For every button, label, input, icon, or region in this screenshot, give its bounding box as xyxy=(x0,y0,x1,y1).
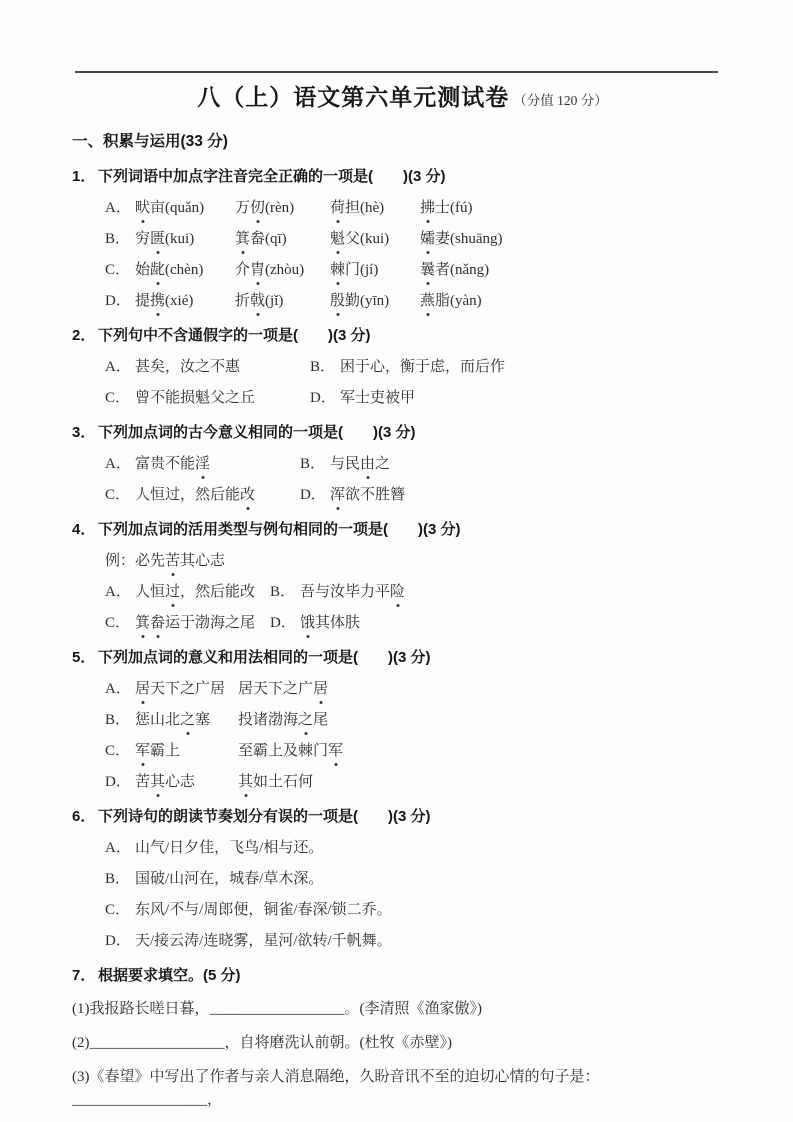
title-row: 八（上）语文第六单元测试卷（分值 120 分） xyxy=(72,82,733,116)
option-item: 人恒过，然后能改 xyxy=(135,484,300,506)
option-item: 棘门(jí) xyxy=(330,259,420,281)
emphasized-char: 拂 xyxy=(420,197,435,219)
emphasized-char: 过 xyxy=(165,581,180,603)
option-row-c: C． 始龀(chèn) 介胄(zhòu) 棘门(jí) 曩者(nǎng) xyxy=(72,259,733,281)
option-label: D． xyxy=(310,387,340,409)
option-row: A． 甚矣，汝之不惠 B． 困于心，衡于虑，而后作 xyxy=(72,356,733,378)
question-text: 下列加点词的活用类型与例句相同的一项是( )(3 分) xyxy=(98,519,461,541)
option-row-b: B． 惩山北之塞 投诸渤海之尾 xyxy=(72,709,733,731)
option-label: A． xyxy=(105,453,135,475)
option-label: A． xyxy=(105,678,135,700)
option-item: 曾不能损魁父之丘 xyxy=(135,387,310,409)
option-item: 甚矣，汝之不惠 xyxy=(135,356,310,378)
emphasized-char: 戟 xyxy=(250,290,265,312)
emphasized-char: 之 xyxy=(180,709,195,731)
option-label: D． xyxy=(300,484,330,506)
option-item: 拂士(fú) xyxy=(420,197,733,219)
option-phrase: 其如土石何 xyxy=(238,771,313,793)
question-stem: 5． 下列加点词的意义和用法相同的一项是( )(3 分) xyxy=(72,647,733,669)
title-score-note: （分值 120 分） xyxy=(513,93,608,108)
option-item: 畎亩(quǎn) xyxy=(135,197,235,219)
option-item: 吾与汝毕力平险 xyxy=(300,581,405,603)
option-label: D． xyxy=(270,612,300,634)
section-heading: 一、积累与运用(33 分) xyxy=(72,131,733,153)
emphasized-char: 魁 xyxy=(330,228,345,250)
option-item: 人恒过，然后能改 xyxy=(135,581,270,603)
test-paper-page: 八（上）语文第六单元测试卷（分值 120 分） 一、积累与运用(33 分) 1．… xyxy=(0,0,793,1122)
question-stem: 2． 下列句中不含通假字的一项是( )(3 分) xyxy=(72,325,733,347)
option-item: 荷担(hè) xyxy=(330,197,420,219)
option-item: 困于心，衡于虑，而后作 xyxy=(340,356,505,378)
question-7: 7． 根据要求填空。(5 分) (1)我报路长嗟日暮，_____________… xyxy=(72,965,733,1112)
option-label: D． xyxy=(105,930,135,952)
option-label: B． xyxy=(270,581,300,603)
option-row-c: C． 东风/不与/周郎便，铜雀/春深/锁二乔。 xyxy=(72,899,733,921)
option-item: 东风/不与/周郎便，铜雀/春深/锁二乔。 xyxy=(135,899,733,921)
emphasized-char: 仞 xyxy=(250,197,265,219)
option-item: 折戟(jǐ) xyxy=(235,290,330,312)
question-stem: 6． 下列诗句的朗读节奏划分有误的一项是( )(3 分) xyxy=(72,806,733,828)
question-4: 4． 下列加点词的活用类型与例句相同的一项是( )(3 分) 例：必先苦其心志 … xyxy=(72,519,733,634)
question-stem: 3． 下列加点词的古今意义相同的一项是( )(3 分) xyxy=(72,422,733,444)
question-stem: 7． 根据要求填空。(5 分) xyxy=(72,965,733,987)
option-item: 箕畚(qī) xyxy=(235,228,330,250)
question-stem: 1． 下列词语中加点字注音完全正确的一项是( )(3 分) xyxy=(72,166,733,188)
emphasized-char: 淫 xyxy=(195,453,210,475)
header-rule xyxy=(75,71,718,73)
option-item: 与民由之 xyxy=(330,453,390,475)
fill-blank-line-1: (1)我报路长嗟日暮，__________________。(李清照《渔家傲》) xyxy=(72,998,733,1021)
option-row-d: D． 天/接云涛/连晓雾，星河/欲转/千帆舞。 xyxy=(72,930,733,952)
option-label: B． xyxy=(105,228,135,250)
option-label: A． xyxy=(105,197,135,219)
option-phrase: 军霸上 xyxy=(135,740,238,762)
option-row-a: A． 山气/日夕佳，飞鸟/相与还。 xyxy=(72,837,733,859)
option-row-a: A． 畎亩(quǎn) 万仞(rèn) 荷担(hè) 拂士(fú) xyxy=(72,197,733,219)
emphasized-char: 浑 xyxy=(330,484,345,506)
emphasized-char: 由 xyxy=(360,453,375,475)
option-item: 国破/山河在，城春/草木深。 xyxy=(135,868,733,890)
option-label: B． xyxy=(105,868,135,890)
emphasized-char: 箕 xyxy=(135,612,150,634)
emphasized-char: 居 xyxy=(313,678,328,700)
emphasized-char: 箕 xyxy=(235,228,250,250)
emphasized-char: 饿 xyxy=(300,612,315,634)
question-1: 1． 下列词语中加点字注音完全正确的一项是( )(3 分) A． 畎亩(quǎn… xyxy=(72,166,733,312)
option-item: 浑欲不胜簪 xyxy=(330,484,405,506)
question-6: 6． 下列诗句的朗读节奏划分有误的一项是( )(3 分) A． 山气/日夕佳，飞… xyxy=(72,806,733,952)
emphasized-char: 畚 xyxy=(150,612,165,634)
option-item: 始龀(chèn) xyxy=(135,259,235,281)
option-item: 提携(xié) xyxy=(135,290,235,312)
example-sentence: 例：必先苦其心志 xyxy=(72,550,733,572)
option-item: 军士吏被甲 xyxy=(340,387,415,409)
emphasized-char: 军 xyxy=(328,740,343,762)
emphasized-char: 之 xyxy=(298,709,313,731)
option-phrase: 苦其心志 xyxy=(135,771,238,793)
option-label: B． xyxy=(105,709,135,731)
question-number: 2． xyxy=(72,325,98,347)
fill-blank-line-3: (3)《春望》中写出了作者与亲人消息隔绝，久盼音讯不至的迫切心情的句子是：___… xyxy=(72,1066,733,1112)
option-item: 万仞(rèn) xyxy=(235,197,330,219)
question-text: 下列句中不含通假字的一项是( )(3 分) xyxy=(98,325,371,347)
emphasized-char: 军 xyxy=(135,740,150,762)
option-label: A． xyxy=(105,581,135,603)
question-number: 7． xyxy=(72,965,98,987)
fill-blank-line-2: (2)__________________，自将磨洗认前朝。(杜牧《赤壁》) xyxy=(72,1032,733,1055)
option-label: D． xyxy=(105,771,135,793)
option-item: 介胄(zhòu) xyxy=(235,259,330,281)
question-number: 1． xyxy=(72,166,98,188)
paper-content: 八（上）语文第六单元测试卷（分值 120 分） 一、积累与运用(33 分) 1．… xyxy=(0,0,793,1112)
option-item: 天/接云涛/连晓雾，星河/欲转/千帆舞。 xyxy=(135,930,733,952)
option-label: A． xyxy=(105,837,135,859)
option-row: C． 曾不能损魁父之丘 D． 军士吏被甲 xyxy=(72,387,733,409)
option-item: 燕脂(yàn) xyxy=(420,290,733,312)
emphasized-char: 居 xyxy=(135,678,150,700)
emphasized-char: 燕 xyxy=(420,290,435,312)
option-row-a: A． 居天下之广居 居天下之广居 xyxy=(72,678,733,700)
emphasized-char: 匮 xyxy=(150,228,165,250)
option-item: 富贵不能淫 xyxy=(135,453,300,475)
option-label: B． xyxy=(310,356,340,378)
emphasized-char: 荷 xyxy=(330,197,345,219)
option-phrase: 居天下之广居 xyxy=(238,678,328,700)
emphasized-char: 胄 xyxy=(250,259,265,281)
emphasized-char: 携 xyxy=(150,290,165,312)
emphasized-char: 苦 xyxy=(165,550,180,572)
question-text: 下列加点词的古今意义相同的一项是( )(3 分) xyxy=(98,422,416,444)
option-phrase: 居天下之广居 xyxy=(135,678,238,700)
option-label: C． xyxy=(105,899,135,921)
question-number: 4． xyxy=(72,519,98,541)
option-label: C． xyxy=(105,259,135,281)
option-item: 饿其体肤 xyxy=(300,612,360,634)
option-item: 魁父(kui) xyxy=(330,228,420,250)
option-phrase: 至霸上及棘门军 xyxy=(238,740,343,762)
emphasized-char: 险 xyxy=(390,581,405,603)
question-number: 5． xyxy=(72,647,98,669)
option-label: C． xyxy=(105,612,135,634)
question-stem: 4． 下列加点词的活用类型与例句相同的一项是( )(3 分) xyxy=(72,519,733,541)
emphasized-char: 其 xyxy=(238,771,253,793)
option-row-b: B． 国破/山河在，城春/草木深。 xyxy=(72,868,733,890)
option-row: A． 富贵不能淫 B． 与民由之 xyxy=(72,453,733,475)
page-title: 八（上）语文第六单元测试卷 xyxy=(197,84,509,110)
question-number: 3． xyxy=(72,422,98,444)
question-number: 6． xyxy=(72,806,98,828)
emphasized-char: 龀 xyxy=(150,259,165,281)
option-row-d: D． 提携(xié) 折戟(jǐ) 殷勤(yīn) 燕脂(yàn) xyxy=(72,290,733,312)
option-phrase: 惩山北之塞 xyxy=(135,709,238,731)
emphasized-char: 棘 xyxy=(330,259,345,281)
question-3: 3． 下列加点词的古今意义相同的一项是( )(3 分) A． 富贵不能淫 B． … xyxy=(72,422,733,506)
question-text: 下列诗句的朗读节奏划分有误的一项是( )(3 分) xyxy=(98,806,431,828)
option-item: 穷匮(kui) xyxy=(135,228,235,250)
question-2: 2． 下列句中不含通假字的一项是( )(3 分) A． 甚矣，汝之不惠 B． 困… xyxy=(72,325,733,409)
option-item: 孀妻(shuāng) xyxy=(420,228,733,250)
emphasized-char: 孀 xyxy=(420,228,435,250)
option-item: 曩者(nǎng) xyxy=(420,259,733,281)
option-label: B． xyxy=(300,453,330,475)
option-row: A． 人恒过，然后能改 B． 吾与汝毕力平险 xyxy=(72,581,733,603)
question-text: 下列词语中加点字注音完全正确的一项是( )(3 分) xyxy=(98,166,446,188)
option-item: 殷勤(yīn) xyxy=(330,290,420,312)
question-text: 下列加点词的意义和用法相同的一项是( )(3 分) xyxy=(98,647,431,669)
emphasized-char: 殷 xyxy=(330,290,345,312)
option-item: 山气/日夕佳，飞鸟/相与还。 xyxy=(135,837,733,859)
option-row: C． 人恒过，然后能改 D． 浑欲不胜簪 xyxy=(72,484,733,506)
emphasized-char: 改 xyxy=(240,484,255,506)
emphasized-char: 畎 xyxy=(135,197,150,219)
emphasized-char: 其 xyxy=(150,771,165,793)
question-5: 5． 下列加点词的意义和用法相同的一项是( )(3 分) A． 居天下之广居 居… xyxy=(72,647,733,793)
option-item: 箕畚运于渤海之尾 xyxy=(135,612,270,634)
option-label: D． xyxy=(105,290,135,312)
option-row: C． 箕畚运于渤海之尾 D． 饿其体肤 xyxy=(72,612,733,634)
option-row-d: D． 苦其心志 其如土石何 xyxy=(72,771,733,793)
option-row-b: B． 穷匮(kui) 箕畚(qī) 魁父(kui) 孀妻(shuāng) xyxy=(72,228,733,250)
question-text: 根据要求填空。(5 分) xyxy=(98,965,241,987)
option-row-c: C． 军霸上 至霸上及棘门军 xyxy=(72,740,733,762)
option-label: C． xyxy=(105,740,135,762)
option-phrase: 投诸渤海之尾 xyxy=(238,709,328,731)
option-label: C． xyxy=(105,484,135,506)
emphasized-char: 曩 xyxy=(420,259,435,281)
option-label: C． xyxy=(105,387,135,409)
option-label: A． xyxy=(105,356,135,378)
